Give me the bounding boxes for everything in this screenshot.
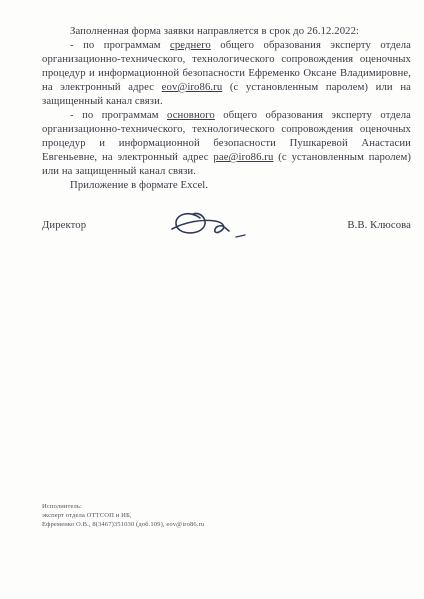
- executor-label: Исполнитель:: [42, 503, 204, 512]
- document-page: Заполненная форма заявки направляется в …: [0, 0, 424, 599]
- executor-department: эксперт отдела ОТТСОП и ИБ,: [42, 512, 204, 521]
- letter-body: Заполненная форма заявки направляется в …: [42, 24, 411, 232]
- underlined-text: основного: [167, 109, 215, 121]
- underlined-text: pae@iro86.ru: [213, 151, 273, 163]
- text-segment: - по программам: [70, 109, 167, 121]
- executor-footer: Исполнитель: эксперт отдела ОТТСОП и ИБ,…: [42, 503, 204, 529]
- intro-line: Заполненная форма заявки направляется в …: [42, 24, 411, 38]
- underlined-text: среднего: [170, 39, 211, 51]
- signature-row: Директор В.В. Клюсова: [42, 218, 411, 232]
- bullet-paragraph-secondary-education: - по программам среднего общего образова…: [42, 38, 411, 108]
- executor-contact: Ефременко О.В., 8(3467)351030 (доб.109),…: [42, 521, 204, 530]
- signer-name: В.В. Клюсова: [347, 218, 411, 232]
- handwritten-signature-icon: [170, 206, 262, 250]
- attachment-note: Приложение в формате Excel.: [42, 178, 411, 192]
- underlined-text: eov@iro86.ru: [162, 81, 223, 93]
- bullet-paragraph-basic-education: - по программам основного общего образов…: [42, 108, 411, 178]
- text-segment: - по программам: [70, 39, 170, 51]
- signer-title: Директор: [42, 218, 86, 232]
